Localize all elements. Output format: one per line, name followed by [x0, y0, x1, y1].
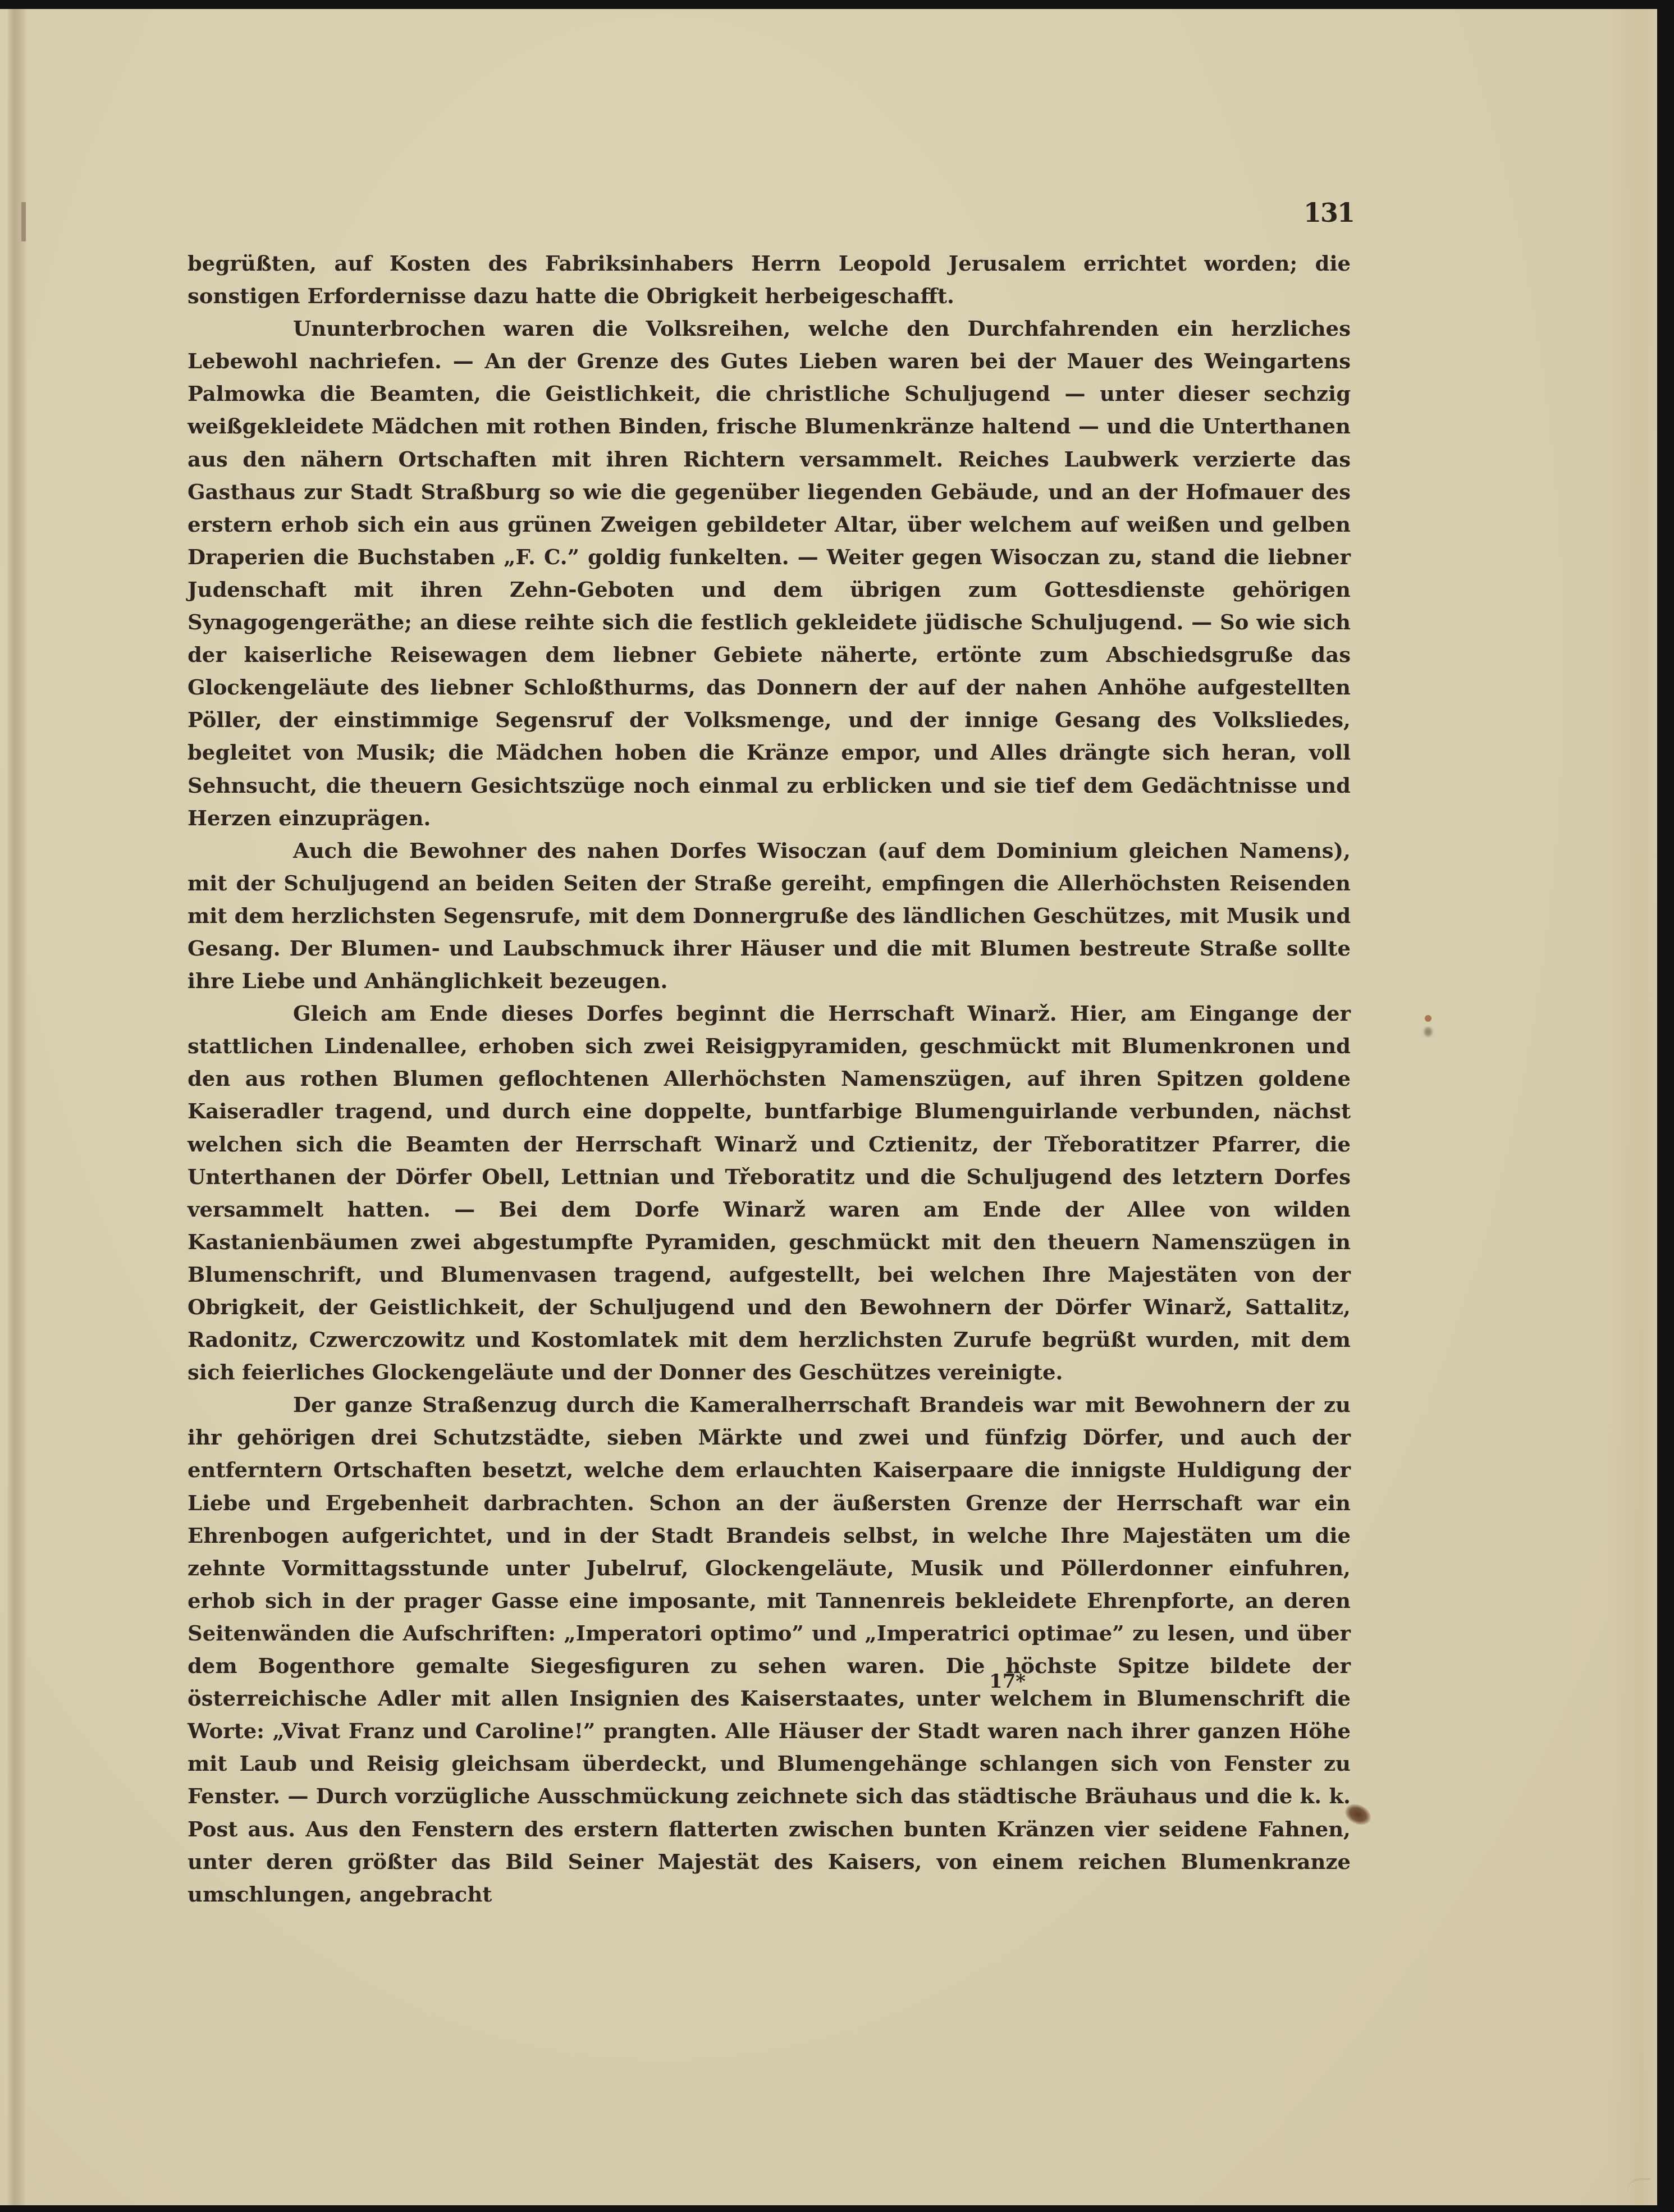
page-number: 131 [1303, 198, 1354, 228]
page-binding-edge [8, 9, 27, 2205]
page-corner-curl [1628, 2178, 1650, 2197]
binding-mark [21, 202, 26, 241]
paragraph-1: begrüßten, auf Kosten des Fabriksinhaber… [187, 247, 1351, 312]
paragraph-2: Ununterbrochen waren die Volksreihen, we… [187, 312, 1351, 834]
body-text: begrüßten, auf Kosten des Fabriksinhaber… [187, 247, 1351, 1911]
paper-speck [1424, 1027, 1432, 1036]
paper-speck [1425, 1015, 1431, 1022]
paragraph-4: Gleich am Ende dieses Dorfes beginnt die… [187, 997, 1351, 1388]
paragraph-3: Auch die Bewohner des nahen Dorfes Wisoc… [187, 834, 1351, 997]
paragraph-5: Der ganze Straßenzug durch die Kameralhe… [187, 1388, 1351, 1911]
signature-mark: 17* [989, 1670, 1026, 1693]
